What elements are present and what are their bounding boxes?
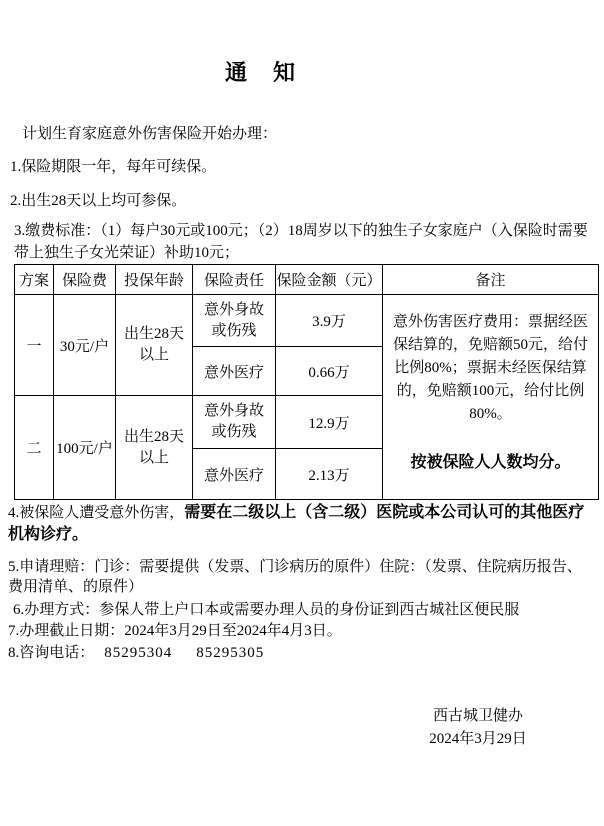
cell-liability-1b: 意外医疗 <box>193 347 276 396</box>
phone-number-1: 85295304 <box>104 645 172 661</box>
header-plan: 方案 <box>15 265 54 295</box>
list-item-5: 5.申请理赔：门诊：需要提供（发票、门诊病历的原件）住院：（发票、住院病历报告、… <box>8 557 596 597</box>
signature-date: 2024年3月29日 <box>388 728 568 751</box>
cell-amount-2a: 12.9万 <box>276 396 383 449</box>
cell-remark: 意外伤害医疗费用：票据经医保结算的，免赔额50元，给付比例80%；票据未经医保结… <box>383 295 599 500</box>
cell-age-1: 出生28天 以上 <box>116 295 193 396</box>
header-remark: 备注 <box>383 265 599 295</box>
table-row: 一 30元/户 出生28天 以上 意外身故 或伤残 3.9万 意外伤害医疗费用：… <box>15 295 599 347</box>
cell-liability-2a: 意外身故 或伤残 <box>193 396 276 449</box>
list-item-6: 6.办理方式：参保人带上户口本或需要办理人员的身份证到西古城社区便民服 <box>8 600 596 620</box>
cell-fee-1: 30元/户 <box>54 295 116 396</box>
cell-amount-2b: 2.13万 <box>276 449 383 500</box>
header-amount: 保险金额（元） <box>276 265 383 295</box>
list-item-2: 2.出生28天以上均可参保。 <box>10 191 596 211</box>
header-age: 投保年龄 <box>116 265 193 295</box>
header-fee: 保险费 <box>54 265 116 295</box>
item4-prefix: 4.被保险人遭受意外伤害， <box>8 505 184 521</box>
phone-number-2: 85295305 <box>196 645 264 661</box>
list-item-1: 1.保险期限一年，每年可续保。 <box>10 157 596 177</box>
list-item-7: 7.办理截止日期：2024年3月29日至2024年4月3日。 <box>8 620 596 642</box>
cell-liability-2b: 意外医疗 <box>193 449 276 500</box>
table-header-row: 方案 保险费 投保年龄 保险责任 保险金额（元） 备注 <box>15 265 599 295</box>
cell-liability-1a: 意外身故 或伤残 <box>193 295 276 347</box>
notice-document: 通 知 计划生育家庭意外伤害保险开始办理： 1.保险期限一年，每年可续保。 2.… <box>0 0 604 826</box>
list-item-8: 8.咨询电话：8529530485295305 <box>8 643 596 664</box>
cell-plan-2: 二 <box>15 396 54 500</box>
header-liability: 保险责任 <box>193 265 276 295</box>
remark-paragraph: 意外伤害医疗费用：票据经医保结算的，免赔额50元，给付比例80%；票据未经医保结… <box>387 311 594 426</box>
phone-label: 8.咨询电话： <box>8 645 94 661</box>
insurance-plan-table: 方案 保险费 投保年龄 保险责任 保险金额（元） 备注 一 30元/户 出生28… <box>14 264 599 500</box>
signature-org: 西古城卫健办 <box>388 705 568 728</box>
page-title: 通 知 <box>8 58 596 88</box>
remark-bold-note: 按被保险人人数均分。 <box>387 452 594 474</box>
list-item-3: 3.缴费标准：（1）每户30元或100元；（2）18周岁以下的独生子女家庭户（入… <box>10 220 596 264</box>
cell-plan-1: 一 <box>15 295 54 396</box>
list-item-4: 4.被保险人遭受意外伤害，需要在二级以上（含二级）医院或本公司认可的其他医疗机构… <box>8 502 596 546</box>
signature-block: 西古城卫健办 2024年3月29日 <box>388 705 568 751</box>
intro-line: 计划生育家庭意外伤害保险开始办理： <box>22 124 596 144</box>
cell-fee-2: 100元/户 <box>54 396 116 500</box>
cell-amount-1b: 0.66万 <box>276 347 383 396</box>
cell-amount-1a: 3.9万 <box>276 295 383 347</box>
cell-age-2: 出生28天 以上 <box>116 396 193 500</box>
